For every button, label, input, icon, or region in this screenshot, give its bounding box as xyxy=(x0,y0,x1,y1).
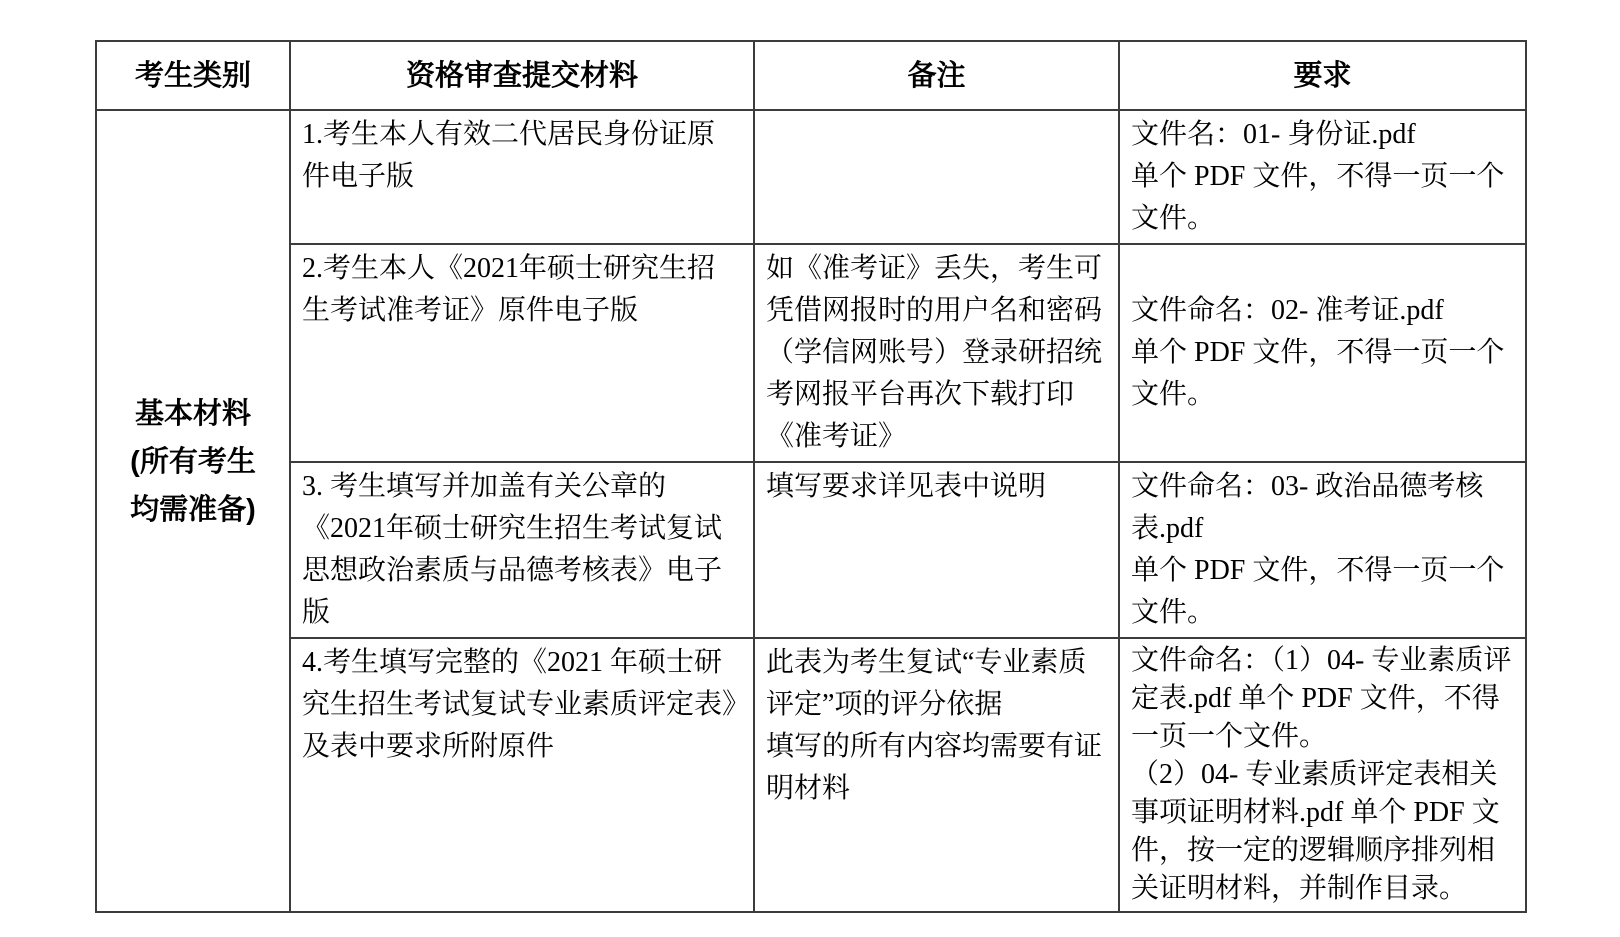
table-row-2: 2.考生本人《2021年硕士研究生招生考试准考证》原件电子版 如《准考证》丢失，… xyxy=(96,244,1526,462)
remark-cell-4: 此表为考生复试“专业素质评定”项的评分依据 填写的所有内容均需要有证明材料 xyxy=(754,638,1119,912)
header-requirements: 要求 xyxy=(1119,41,1526,110)
table-row-4: 4.考生填写完整的《2021 年硕士研究生招生考试复试专业素质评定表》及表中要求… xyxy=(96,638,1526,912)
qualification-review-materials-table: 考生类别 资格审查提交材料 备注 要求 基本材料 (所有考生 均需准备) 1.考… xyxy=(95,40,1527,913)
table-row-3: 3. 考生填写并加盖有关公章的《2021年硕士研究生招生考试复试思想政治素质与品… xyxy=(96,462,1526,638)
remark-cell-1 xyxy=(754,110,1119,244)
material-cell-4: 4.考生填写完整的《2021 年硕士研究生招生考试复试专业素质评定表》及表中要求… xyxy=(290,638,754,912)
requirement-cell-2: 文件命名：02- 准考证.pdf 单个 PDF 文件，不得一页一个文件。 xyxy=(1119,244,1526,462)
material-cell-2: 2.考生本人《2021年硕士研究生招生考试准考证》原件电子版 xyxy=(290,244,754,462)
material-cell-3: 3. 考生填写并加盖有关公章的《2021年硕士研究生招生考试复试思想政治素质与品… xyxy=(290,462,754,638)
material-cell-1: 1.考生本人有效二代居民身份证原件电子版 xyxy=(290,110,754,244)
requirement-cell-1: 文件名：01- 身份证.pdf 单个 PDF 文件，不得一页一个文件。 xyxy=(1119,110,1526,244)
header-row: 考生类别 资格审查提交材料 备注 要求 xyxy=(96,41,1526,110)
remark-cell-3: 填写要求详见表中说明 xyxy=(754,462,1119,638)
table-row-1: 基本材料 (所有考生 均需准备) 1.考生本人有效二代居民身份证原件电子版 文件… xyxy=(96,110,1526,244)
header-remarks: 备注 xyxy=(754,41,1119,110)
header-submitted-materials: 资格审查提交材料 xyxy=(290,41,754,110)
category-basic-materials-cell: 基本材料 (所有考生 均需准备) xyxy=(96,110,290,912)
header-candidate-category: 考生类别 xyxy=(96,41,290,110)
requirement-cell-3: 文件命名：03- 政治品德考核表.pdf 单个 PDF 文件，不得一页一个文件。 xyxy=(1119,462,1526,638)
remark-cell-2: 如《准考证》丢失，考生可凭借网报时的用户名和密码（学信网账号）登录研招统考网报平… xyxy=(754,244,1119,462)
requirement-cell-4: 文件命名：（1）04- 专业素质评定表.pdf 单个 PDF 文件，不得一页一个… xyxy=(1119,638,1526,912)
